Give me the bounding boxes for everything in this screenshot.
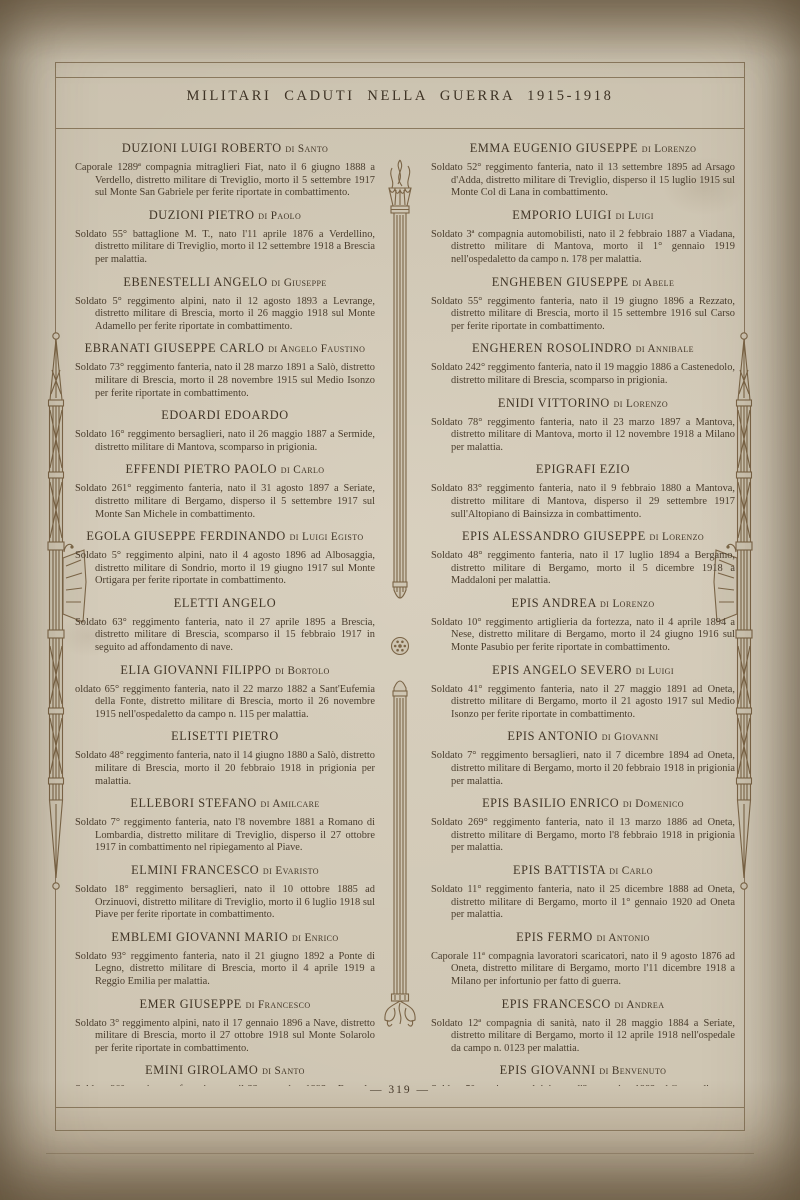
- soldier-name: EPIGRAFI EZIO: [536, 462, 630, 476]
- soldier-name: EMINI GIROLAMO: [145, 1063, 258, 1077]
- soldier-name: EPIS ALESSANDRO GIUSEPPE: [462, 529, 646, 543]
- soldier-name-heading: ENGHEBEN GIUSEPPE di Abele: [431, 276, 735, 290]
- soldier-name: EBENESTELLI ANGELO: [123, 275, 267, 289]
- soldier-name: EDOARDI EDOARDO: [161, 408, 289, 422]
- soldier-name-heading: EPIS GIOVANNI di Benvenuto: [431, 1064, 735, 1078]
- soldier-name: EMER GIUSEPPE: [139, 997, 241, 1011]
- soldier-record-text: Caporale 11ª compagnia lavoratori scaric…: [431, 951, 735, 989]
- soldier-name-heading: EFFENDI PIETRO PAOLO di Carlo: [75, 463, 375, 477]
- soldier-record-text: Soldato 3ª compagnia automobilisti, nato…: [431, 229, 735, 267]
- soldier-name-heading: EPIS ANGELO SEVERO di Luigi: [431, 664, 735, 678]
- soldier-entry: ELIA GIOVANNI FILIPPO di Bortolo oldato …: [75, 664, 375, 722]
- soldier-record-text: Soldato 12ª compagnia di sanità, nato il…: [431, 1018, 735, 1056]
- soldier-patronymic: di Angelo Faustino: [268, 343, 365, 355]
- soldier-patronymic: di Evaristo: [263, 865, 319, 877]
- soldier-name: DUZIONI PIETRO: [149, 208, 255, 222]
- soldier-name-heading: EPIS ANDREA di Lorenzo: [431, 597, 735, 611]
- soldier-name-heading: EPIS BATTISTA di Carlo: [431, 864, 735, 878]
- soldier-record-text: Caporale 1289ª compagnia mitraglieri Fia…: [75, 162, 375, 200]
- soldier-name-heading: EMBLEMI GIOVANNI MARIO di Enrico: [75, 931, 375, 945]
- soldier-name: EPIS BASILIO ENRICO: [482, 796, 619, 810]
- soldier-name-heading: ELISETTI PIETRO: [75, 730, 375, 744]
- soldier-record-text: Soldato 11° reggimento fanteria, nato il…: [431, 884, 735, 922]
- soldier-entry: EMINI GIROLAMO di Santo Soldato 90° regg…: [75, 1064, 375, 1086]
- soldier-entry: ENGHEBEN GIUSEPPE di Abele Soldato 55° r…: [431, 276, 735, 334]
- soldier-name: ELIA GIOVANNI FILIPPO: [120, 663, 271, 677]
- soldier-entry: EBRANATI GIUSEPPE CARLO di Angelo Fausti…: [75, 342, 375, 400]
- soldier-name-heading: EMER GIUSEPPE di Francesco: [75, 998, 375, 1012]
- soldier-patronymic: di Carlo: [281, 464, 325, 476]
- soldier-entry: EGOLA GIUSEPPE FERDINANDO di Luigi Egist…: [75, 530, 375, 588]
- soldier-patronymic: di Carlo: [609, 865, 653, 877]
- soldier-name-heading: ELLEBORI STEFANO di Amilcare: [75, 797, 375, 811]
- soldier-entry: DUZIONI PIETRO di Paolo Soldato 55° batt…: [75, 209, 375, 267]
- soldier-entry: EMMA EUGENIO GIUSEPPE di Lorenzo Soldato…: [431, 142, 735, 200]
- soldier-entry: DUZIONI LUIGI ROBERTO di Santo Caporale …: [75, 142, 375, 200]
- soldier-entry: EMBLEMI GIOVANNI MARIO di Enrico Soldato…: [75, 931, 375, 989]
- soldier-name-heading: DUZIONI PIETRO di Paolo: [75, 209, 375, 223]
- soldier-name: ELISETTI PIETRO: [171, 729, 279, 743]
- soldier-name-heading: ELMINI FRANCESCO di Evaristo: [75, 864, 375, 878]
- soldier-name: EMBLEMI GIOVANNI MARIO: [111, 930, 288, 944]
- soldier-record-text: Soldato 242° reggimento fanteria, nato i…: [431, 362, 735, 387]
- soldier-name: EPIS FRANCESCO: [502, 997, 611, 1011]
- soldier-record-text: Soldato 5° reggimento alpini, nato il 4 …: [75, 550, 375, 588]
- soldier-name: EBRANATI GIUSEPPE CARLO: [85, 341, 265, 355]
- soldier-record-text: Soldato 3° reggimento alpini, nato il 17…: [75, 1018, 375, 1056]
- frame-rule-top-outer: [55, 62, 745, 63]
- soldier-name-heading: EMINI GIROLAMO di Santo: [75, 1064, 375, 1078]
- soldier-record-text: Soldato 78° reggimento fanteria, nato il…: [431, 417, 735, 455]
- soldier-entry: ENIDI VITTORINO di Lorenzo Soldato 78° r…: [431, 397, 735, 455]
- soldier-name: EMMA EUGENIO GIUSEPPE: [470, 142, 638, 155]
- soldier-record-text: Soldato 16° reggimento bersaglieri, nato…: [75, 429, 375, 454]
- soldier-record-text: Soldato 48° reggimento fanteria, nato il…: [431, 550, 735, 588]
- soldier-name: EPIS ANGELO SEVERO: [492, 663, 632, 677]
- soldier-name: ELMINI FRANCESCO: [131, 863, 259, 877]
- soldier-patronymic: di Francesco: [246, 999, 311, 1011]
- soldier-entry: EPIS BASILIO ENRICO di Domenico Soldato …: [431, 797, 735, 855]
- soldier-patronymic: di Lorenzo: [600, 598, 655, 610]
- soldier-patronymic: di Luigi: [616, 210, 654, 222]
- soldier-name-heading: ELETTI ANGELO: [75, 597, 375, 611]
- soldier-name-heading: EMPORIO LUIGI di Luigi: [431, 209, 735, 223]
- soldier-record-text: Soldato 55° battaglione M. T., nato l'11…: [75, 229, 375, 267]
- soldier-patronymic: di Antonio: [597, 932, 650, 944]
- soldier-name: EPIS ANTONIO: [507, 729, 598, 743]
- soldier-name-heading: ELIA GIOVANNI FILIPPO di Bortolo: [75, 664, 375, 678]
- soldier-record-text: Soldato 48° reggimento fanteria, nato il…: [75, 750, 375, 788]
- soldier-name: EPIS FERMO: [516, 930, 593, 944]
- soldier-patronymic: di Enrico: [292, 932, 339, 944]
- soldier-name-heading: DUZIONI LUIGI ROBERTO di Santo: [75, 142, 375, 156]
- soldier-patronymic: di Santo: [285, 143, 328, 155]
- soldier-name: EMPORIO LUIGI: [512, 208, 612, 222]
- soldier-record-text: Soldato 269° reggimento fanteria, nato i…: [431, 817, 735, 855]
- soldier-entry: EBENESTELLI ANGELO di Giuseppe Soldato 5…: [75, 276, 375, 334]
- soldier-entry: EPIS ANDREA di Lorenzo Soldato 10° reggi…: [431, 597, 735, 655]
- soldier-record-text: Soldato 55° reggimento fanteria, nato il…: [431, 296, 735, 334]
- soldier-name-heading: ENGHEREN ROSOLINDRO di Annibale: [431, 342, 735, 356]
- soldier-record-text: Soldato 83° reggimento fanteria, nato il…: [431, 483, 735, 521]
- soldier-patronymic: di Abele: [632, 277, 674, 289]
- soldier-entry: ELETTI ANGELO Soldato 63° reggimento fan…: [75, 597, 375, 655]
- soldier-record-text: Soldato 63° reggimento fanteria, nato il…: [75, 617, 375, 655]
- soldier-entry: EFFENDI PIETRO PAOLO di Carlo Soldato 26…: [75, 463, 375, 521]
- soldier-entry: EPIS FERMO di Antonio Caporale 11ª compa…: [431, 931, 735, 989]
- soldier-record-text: Soldato 93° reggimento fanteria, nato il…: [75, 951, 375, 989]
- soldier-record-text: Soldato 41° reggimento fanteria, nato il…: [431, 684, 735, 722]
- soldier-record-text: Soldato 5° reggimento alpini, nato l'8 n…: [431, 1084, 735, 1086]
- soldier-entry: EPIGRAFI EZIO Soldato 83° reggimento fan…: [431, 463, 735, 521]
- soldier-name: EPIS BATTISTA: [513, 863, 606, 877]
- soldier-name-heading: EPIS FERMO di Antonio: [431, 931, 735, 945]
- soldier-entry: EMER GIUSEPPE di Francesco Soldato 3° re…: [75, 998, 375, 1056]
- soldier-patronymic: di Annibale: [636, 343, 694, 355]
- soldier-name: DUZIONI LUIGI ROBERTO: [122, 142, 282, 155]
- soldier-name-heading: EMMA EUGENIO GIUSEPPE di Lorenzo: [431, 142, 735, 156]
- soldier-record-text: Soldato 7° reggimento bersaglieri, nato …: [431, 750, 735, 788]
- soldier-entry: ENGHEREN ROSOLINDRO di Annibale Soldato …: [431, 342, 735, 387]
- soldier-patronymic: di Paolo: [258, 210, 301, 222]
- frame-rule-footer-1: [55, 1107, 745, 1108]
- book-page: MILITARI CADUTI NELLA GUERRA 1915-1918: [0, 0, 800, 1200]
- soldier-patronymic: di Santo: [262, 1065, 305, 1077]
- soldier-entry: EPIS ANTONIO di Giovanni Soldato 7° regg…: [431, 730, 735, 788]
- soldier-entry: EMPORIO LUIGI di Luigi Soldato 3ª compag…: [431, 209, 735, 267]
- soldier-patronymic: di Lorenzo: [614, 398, 669, 410]
- soldier-name: ENIDI VITTORINO: [498, 396, 610, 410]
- soldier-name: EPIS ANDREA: [511, 596, 596, 610]
- soldier-record-text: oldato 65° reggimento fanteria, nato il …: [75, 684, 375, 722]
- left-column: DUZIONI LUIGI ROBERTO di Santo Caporale …: [75, 142, 375, 1086]
- soldier-name-heading: EPIGRAFI EZIO: [431, 463, 735, 477]
- soldier-name: ENGHEBEN GIUSEPPE: [492, 275, 629, 289]
- soldier-entry: EDOARDI EDOARDO Soldato 16° reggimento b…: [75, 409, 375, 454]
- soldier-patronymic: di Luigi Egisto: [290, 531, 364, 543]
- soldier-record-text: Soldato 90° reggimento fanteria, nato il…: [75, 1084, 375, 1086]
- soldier-patronymic: di Lorenzo: [642, 143, 697, 155]
- soldier-patronymic: di Bortolo: [275, 665, 330, 677]
- entries-area: DUZIONI LUIGI ROBERTO di Santo Caporale …: [75, 142, 735, 1086]
- soldier-name-heading: EDOARDI EDOARDO: [75, 409, 375, 423]
- soldier-name-heading: EPIS FRANCESCO di Andrea: [431, 998, 735, 1012]
- soldier-name-heading: EPIS BASILIO ENRICO di Domenico: [431, 797, 735, 811]
- soldier-record-text: Soldato 52° reggimento fanteria, nato il…: [431, 162, 735, 200]
- soldier-patronymic: di Andrea: [615, 999, 665, 1011]
- soldier-patronymic: di Luigi: [636, 665, 674, 677]
- soldier-record-text: Soldato 18° reggimento bersaglieri, nato…: [75, 884, 375, 922]
- soldier-name: EGOLA GIUSEPPE FERDINANDO: [86, 529, 285, 543]
- soldier-name-heading: EBENESTELLI ANGELO di Giuseppe: [75, 276, 375, 290]
- right-column: EMMA EUGENIO GIUSEPPE di Lorenzo Soldato…: [431, 142, 735, 1086]
- soldier-patronymic: di Lorenzo: [650, 531, 705, 543]
- soldier-entry: ELMINI FRANCESCO di Evaristo Soldato 18°…: [75, 864, 375, 922]
- soldier-patronymic: di Giovanni: [602, 731, 659, 743]
- soldier-name-heading: EPIS ALESSANDRO GIUSEPPE di Lorenzo: [431, 530, 735, 544]
- soldier-entry: EPIS BATTISTA di Carlo Soldato 11° reggi…: [431, 864, 735, 922]
- frame-rule-top-inner: [55, 77, 745, 78]
- soldier-entry: EPIS FRANCESCO di Andrea Soldato 12ª com…: [431, 998, 735, 1056]
- soldier-name: EPIS GIOVANNI: [500, 1063, 596, 1077]
- soldier-name-heading: ENIDI VITTORINO di Lorenzo: [431, 397, 735, 411]
- soldier-name-heading: EPIS ANTONIO di Giovanni: [431, 730, 735, 744]
- soldier-entry: EPIS GIOVANNI di Benvenuto Soldato 5° re…: [431, 1064, 735, 1086]
- soldier-name: ELETTI ANGELO: [174, 596, 276, 610]
- soldier-name: ELLEBORI STEFANO: [130, 796, 257, 810]
- frame-rule-footer-2: [55, 1130, 745, 1131]
- soldier-record-text: Soldato 10° reggimento artiglieria da fo…: [431, 617, 735, 655]
- soldier-patronymic: di Amilcare: [261, 798, 320, 810]
- soldier-patronymic: di Benvenuto: [599, 1065, 666, 1077]
- soldier-record-text: Soldato 7° reggimento fanteria, nato l'8…: [75, 817, 375, 855]
- frame-rule-footer-3: [46, 1153, 754, 1154]
- page-title: MILITARI CADUTI NELLA GUERRA 1915-1918: [55, 88, 745, 105]
- soldier-record-text: Soldato 73° reggimento fanteria, nato il…: [75, 362, 375, 400]
- soldier-record-text: Soldato 261° reggimento fanteria, nato i…: [75, 483, 375, 521]
- soldier-name: ENGHEREN ROSOLINDRO: [472, 341, 632, 355]
- soldier-entry: EPIS ANGELO SEVERO di Luigi Soldato 41° …: [431, 664, 735, 722]
- soldier-entry: ELLEBORI STEFANO di Amilcare Soldato 7° …: [75, 797, 375, 855]
- soldier-record-text: Soldato 5° reggimento alpini, nato il 12…: [75, 296, 375, 334]
- soldier-patronymic: di Domenico: [623, 798, 684, 810]
- soldier-patronymic: di Giuseppe: [271, 277, 326, 289]
- soldier-entry: EPIS ALESSANDRO GIUSEPPE di Lorenzo Sold…: [431, 530, 735, 588]
- soldier-name-heading: EGOLA GIUSEPPE FERDINANDO di Luigi Egist…: [75, 530, 375, 544]
- soldier-name-heading: EBRANATI GIUSEPPE CARLO di Angelo Fausti…: [75, 342, 375, 356]
- soldier-entry: ELISETTI PIETRO Soldato 48° reggimento f…: [75, 730, 375, 788]
- soldier-name: EFFENDI PIETRO PAOLO: [126, 462, 278, 476]
- frame-rule-below-title: [55, 128, 745, 129]
